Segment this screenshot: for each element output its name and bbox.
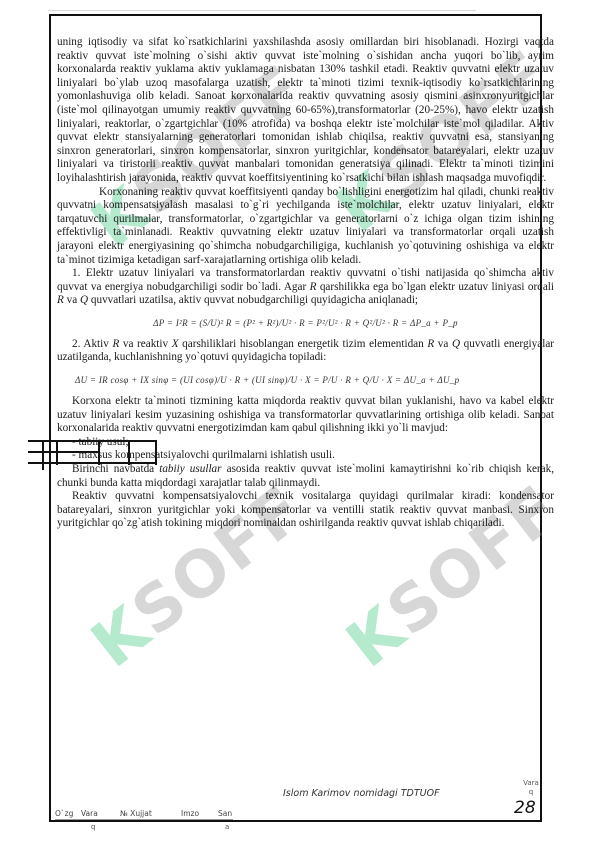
stamp-col-sheet: Vara — [81, 809, 98, 818]
stamp-col-date: San — [218, 809, 232, 818]
paragraph-load: Korxona elektr ta`minoti tizmining katta… — [57, 395, 554, 436]
institution-name: Islom Karimov nomidagi TDTUOF — [283, 788, 440, 799]
formula-power-loss: ΔP = I²R = (S/U)² R = (P² + R²)/U² · R =… — [57, 308, 554, 338]
top-edge-line — [48, 10, 476, 11]
paragraph-voltage-drop: 2. Aktiv R va reaktiv X qarshiliklari hi… — [57, 338, 554, 365]
paragraph-intro: uning iqtisodiy va sifat ko`rsatkichlari… — [57, 36, 554, 186]
paragraph-compensation-devices: Reaktiv quvvatni kompensatsiyalovchi tex… — [57, 490, 554, 531]
page-number: 28 — [514, 798, 536, 818]
formula-voltage-drop: ΔU = IR cosφ + IX sinφ = (UI cosφ)/U · R… — [57, 365, 554, 395]
stamp-sub-date: a — [225, 823, 229, 831]
document-body: uning iqtisodiy va sifat ko`rsatkichlari… — [57, 36, 554, 531]
paragraph-reactive-power-coefficient: Korxonaning reaktiv quvvat koeffitsiyent… — [57, 186, 554, 268]
list-item: - maxsus kompensatsiyalovchi qurilmalarn… — [57, 449, 554, 463]
sheet-label: Vara q — [521, 779, 541, 797]
list-item: - tabiiy usul; — [57, 436, 554, 450]
stamp-col-change: O`zg — [55, 809, 73, 818]
stamp-col-document: № Xujjat — [120, 809, 152, 818]
stamp-divider — [55, 819, 233, 820]
stamp-col-signature: Imzo — [181, 809, 199, 818]
paragraph-losses: 1. Elektr uzatuv liniyalari va transform… — [57, 267, 554, 308]
stamp-sub-sheet: q — [91, 823, 95, 831]
paragraph-natural-methods: Birinchi navbatda tabiiy usullar asosida… — [57, 463, 554, 490]
